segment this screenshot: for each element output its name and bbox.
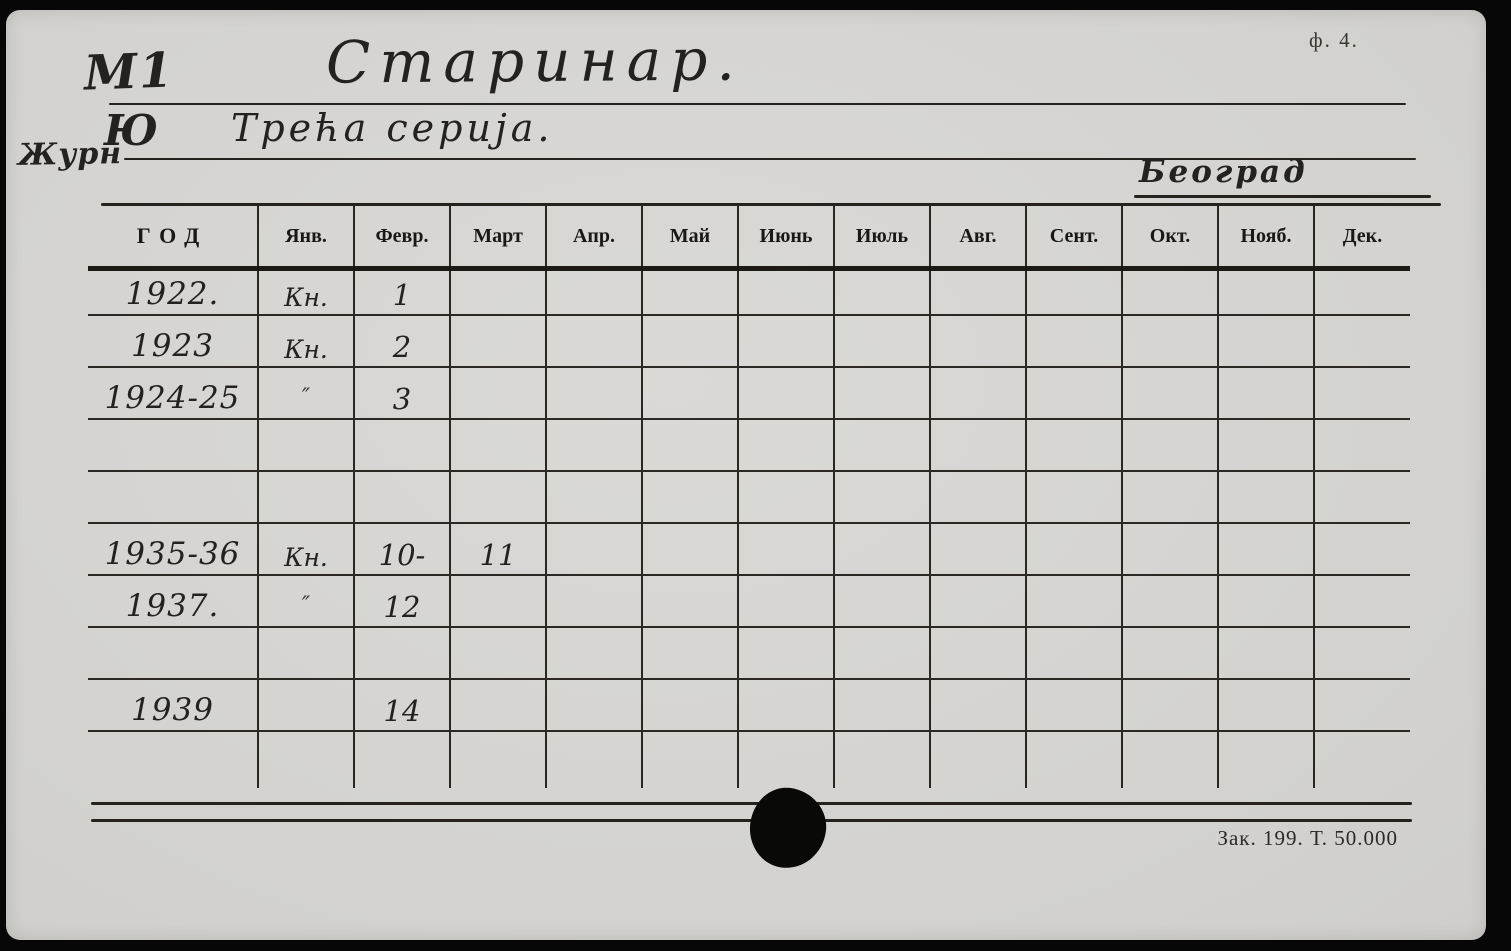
column-header-month-9: Сент.	[1026, 206, 1122, 269]
month-cell: Кн.	[258, 315, 354, 367]
month-cell	[1314, 627, 1410, 679]
month-cell	[354, 627, 450, 679]
month-cell	[258, 419, 354, 471]
column-header-month-2: Февр.	[354, 206, 450, 269]
month-cell	[834, 269, 930, 315]
month-cell	[738, 367, 834, 419]
month-cell	[738, 471, 834, 523]
month-cell	[450, 575, 546, 627]
month-cell	[930, 627, 1026, 679]
month-cell	[354, 731, 450, 788]
table-row	[88, 419, 1410, 471]
month-cell	[930, 679, 1026, 731]
month-cell	[1026, 575, 1122, 627]
month-cell	[930, 367, 1026, 419]
city-rule-line	[1134, 195, 1431, 198]
year-cell: 1937.	[88, 575, 258, 627]
month-cell	[450, 627, 546, 679]
month-cell	[1026, 627, 1122, 679]
table-row: 1924-25″3	[88, 367, 1410, 419]
month-cell	[1122, 575, 1218, 627]
table-row	[88, 471, 1410, 523]
month-cell	[1026, 315, 1122, 367]
month-cell	[738, 731, 834, 788]
month-cell	[1218, 269, 1314, 315]
month-cell	[642, 575, 738, 627]
month-cell	[834, 731, 930, 788]
month-cell	[642, 627, 738, 679]
month-cell	[546, 523, 642, 575]
column-header-month-4: Апр.	[546, 206, 642, 269]
month-cell	[546, 419, 642, 471]
month-cell	[1122, 269, 1218, 315]
month-cell	[546, 315, 642, 367]
header-row: ГОДЯнв.Февр.МартАпр.МайИюньИюльАвг.Сент.…	[88, 206, 1410, 269]
column-header-month-8: Авг.	[930, 206, 1026, 269]
year-cell	[88, 471, 258, 523]
month-cell	[450, 419, 546, 471]
month-cell: 14	[354, 679, 450, 731]
column-header-year: ГОД	[88, 206, 258, 269]
month-cell	[642, 731, 738, 788]
month-cell	[546, 731, 642, 788]
month-cell	[1314, 471, 1410, 523]
month-cell	[1122, 523, 1218, 575]
month-cell	[1314, 315, 1410, 367]
month-cell	[930, 315, 1026, 367]
bottom-double-rule-top	[91, 802, 1412, 805]
month-cell	[930, 471, 1026, 523]
month-cell	[1218, 367, 1314, 419]
month-cell	[546, 575, 642, 627]
month-cell	[738, 419, 834, 471]
month-cell	[1314, 269, 1410, 315]
series-title: Трећа серија.	[231, 109, 553, 147]
city-label: Београд	[1139, 157, 1308, 188]
month-cell	[1122, 315, 1218, 367]
month-cell: 11	[450, 523, 546, 575]
month-cell	[738, 269, 834, 315]
column-header-month-3: Март	[450, 206, 546, 269]
year-cell: 1922.	[88, 269, 258, 315]
shelf-mark-m1: М1	[83, 46, 175, 97]
month-cell	[1314, 523, 1410, 575]
month-cell	[258, 731, 354, 788]
month-cell: ″	[258, 367, 354, 419]
month-cell	[1314, 367, 1410, 419]
table-row	[88, 731, 1410, 788]
month-cell	[1218, 419, 1314, 471]
month-cell	[546, 627, 642, 679]
form-number-label: ф. 4.	[1309, 30, 1359, 51]
month-cell	[1026, 419, 1122, 471]
issues-table: ГОДЯнв.Февр.МартАпр.МайИюньИюльАвг.Сент.…	[88, 206, 1410, 788]
month-cell	[834, 679, 930, 731]
month-cell: Кн.	[258, 523, 354, 575]
column-header-month-11: Нояб.	[1218, 206, 1314, 269]
month-cell	[450, 679, 546, 731]
column-header-month-10: Окт.	[1122, 206, 1218, 269]
month-cell	[930, 575, 1026, 627]
month-cell	[354, 471, 450, 523]
table-row: 1937.″12	[88, 575, 1410, 627]
month-cell	[738, 575, 834, 627]
month-cell: 12	[354, 575, 450, 627]
month-cell	[1026, 731, 1122, 788]
month-cell	[1122, 731, 1218, 788]
year-cell	[88, 731, 258, 788]
column-header-month-7: Июль	[834, 206, 930, 269]
month-cell	[546, 367, 642, 419]
month-cell	[738, 523, 834, 575]
month-cell	[1122, 679, 1218, 731]
table-row: 193914	[88, 679, 1410, 731]
table-row: 1935-36Кн.10-11	[88, 523, 1410, 575]
month-cell	[258, 471, 354, 523]
month-cell	[930, 731, 1026, 788]
month-cell	[1026, 367, 1122, 419]
month-cell	[738, 679, 834, 731]
month-cell	[834, 627, 930, 679]
month-cell	[1314, 731, 1410, 788]
month-cell	[1026, 269, 1122, 315]
month-cell	[1314, 575, 1410, 627]
table-row: 1923Кн.2	[88, 315, 1410, 367]
month-cell: Кн.	[258, 269, 354, 315]
month-cell	[546, 679, 642, 731]
month-cell	[546, 269, 642, 315]
month-cell	[930, 269, 1026, 315]
table-row: 1922.Кн.1	[88, 269, 1410, 315]
month-cell	[1026, 679, 1122, 731]
month-cell	[450, 367, 546, 419]
month-cell	[642, 419, 738, 471]
month-cell	[1314, 419, 1410, 471]
month-cell	[1026, 523, 1122, 575]
month-cell: ″	[258, 575, 354, 627]
month-cell	[450, 471, 546, 523]
column-header-month-5: Май	[642, 206, 738, 269]
month-cell	[834, 523, 930, 575]
month-cell	[642, 471, 738, 523]
month-cell	[1218, 679, 1314, 731]
column-header-month-12: Дек.	[1314, 206, 1410, 269]
month-cell	[834, 575, 930, 627]
month-cell: 1	[354, 269, 450, 315]
month-cell	[834, 471, 930, 523]
month-cell	[930, 419, 1026, 471]
month-cell	[1218, 471, 1314, 523]
journal-title: Старинар.	[326, 31, 744, 92]
month-cell: 2	[354, 315, 450, 367]
month-cell	[642, 315, 738, 367]
year-cell: 1935-36	[88, 523, 258, 575]
month-cell	[546, 471, 642, 523]
title-rule-line	[109, 103, 1406, 105]
month-cell	[642, 367, 738, 419]
month-cell	[642, 679, 738, 731]
month-cell	[354, 419, 450, 471]
month-cell	[642, 523, 738, 575]
month-cell	[930, 523, 1026, 575]
year-cell: 1923	[88, 315, 258, 367]
month-cell	[834, 419, 930, 471]
year-cell	[88, 419, 258, 471]
catalog-card: ф. 4. М1 Ю Журн Старинар. Трећа серија. …	[6, 10, 1486, 940]
year-cell: 1939	[88, 679, 258, 731]
month-cell	[1218, 627, 1314, 679]
month-cell	[1218, 731, 1314, 788]
month-cell	[1218, 523, 1314, 575]
month-cell	[450, 269, 546, 315]
column-header-month-6: Июнь	[738, 206, 834, 269]
month-cell	[1122, 627, 1218, 679]
month-cell	[450, 315, 546, 367]
month-cell	[258, 627, 354, 679]
month-cell	[834, 367, 930, 419]
print-run-note: Зак. 199. Т. 50.000	[1106, 828, 1398, 849]
year-cell: 1924-25	[88, 367, 258, 419]
month-cell: 3	[354, 367, 450, 419]
month-cell: 10-	[354, 523, 450, 575]
month-cell	[1314, 679, 1410, 731]
column-header-month-1: Янв.	[258, 206, 354, 269]
month-cell	[1122, 419, 1218, 471]
month-cell	[258, 679, 354, 731]
month-cell	[450, 731, 546, 788]
month-cell	[1026, 471, 1122, 523]
month-cell	[738, 627, 834, 679]
table-row	[88, 627, 1410, 679]
month-cell	[1122, 471, 1218, 523]
month-cell	[642, 269, 738, 315]
year-cell	[88, 627, 258, 679]
month-cell	[1218, 575, 1314, 627]
ink-blot	[745, 784, 830, 873]
shelf-mark-zhurn: Журн	[18, 139, 123, 171]
month-cell	[834, 315, 930, 367]
month-cell	[1218, 315, 1314, 367]
month-cell	[1122, 367, 1218, 419]
month-cell	[738, 315, 834, 367]
